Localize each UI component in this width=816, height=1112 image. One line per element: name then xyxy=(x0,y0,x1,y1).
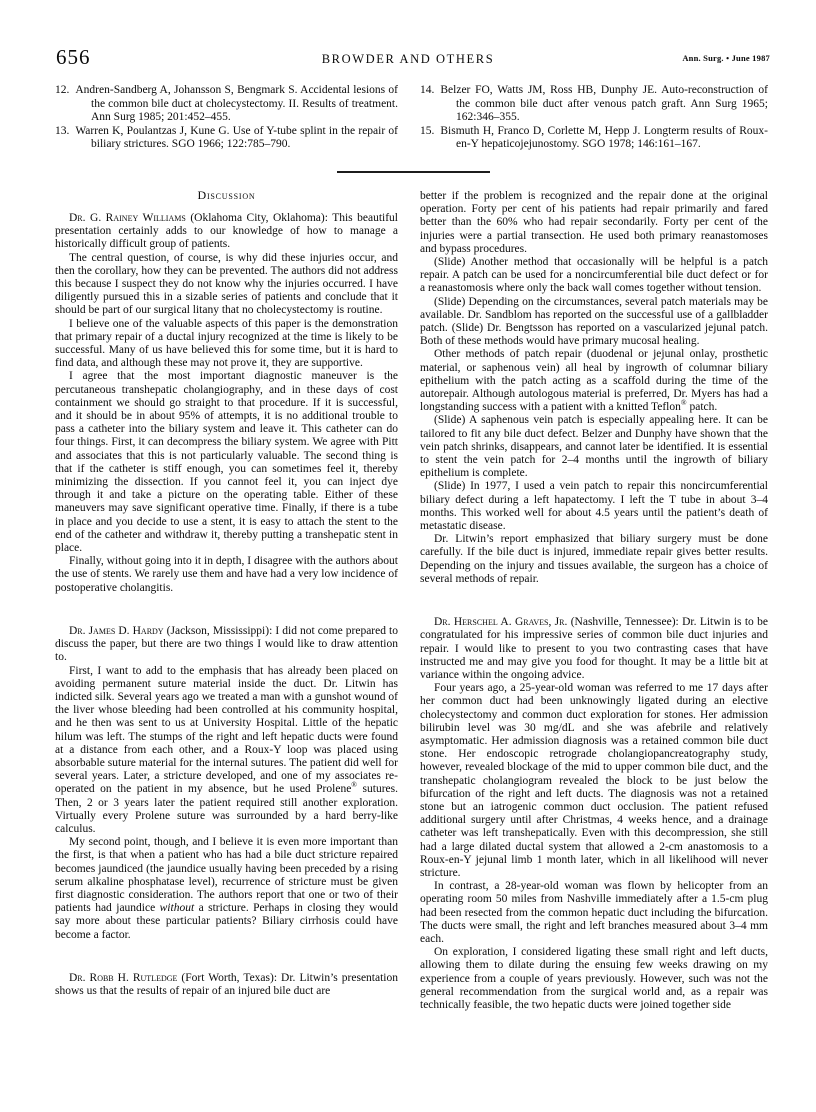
paragraph: First, I want to add to the emphasis tha… xyxy=(55,665,398,837)
text-segment: Four years ago, a 25-year-old woman was … xyxy=(420,682,768,879)
paragraph: In contrast, a 28-year-old woman was flo… xyxy=(420,880,768,946)
reference-list-right: 14.Belzer FO, Watts JM, Ross HB, Dunphy … xyxy=(420,84,768,152)
reference-list-left: 12.Andren-Sandberg A, Johansson S, Bengm… xyxy=(55,84,398,152)
reference-number: 15. xyxy=(420,125,440,137)
discussant-name: Dr. Herschel A. Graves, Jr. xyxy=(434,616,567,628)
journal-page: 656 BROWDER AND OTHERS Ann. Surg. • June… xyxy=(0,0,816,1112)
paragraph: The central question, of course, is why … xyxy=(55,252,398,318)
discussant-paragraph: Dr. Herschel A. Graves, Jr. (Nashville, … xyxy=(420,616,768,682)
paragraph: I agree that the most important diagnost… xyxy=(55,370,398,555)
paragraph: My second point, though, and I believe i… xyxy=(55,836,398,942)
discussion-column-right: better if the problem is recognized and … xyxy=(420,190,768,1012)
reference-item: 13.Warren K, Poulantzas J, Kune G. Use o… xyxy=(55,125,398,152)
paragraph: (Slide) In 1977, I used a vein patch to … xyxy=(420,480,768,533)
journal-citation: Ann. Surg. • June 1987 xyxy=(682,53,770,63)
text-segment: better if the problem is recognized and … xyxy=(420,190,768,255)
reference-number: 14. xyxy=(420,84,440,96)
paragraph: Other methods of patch repair (duodenal … xyxy=(420,348,768,414)
paragraph: Dr. Litwin’s report emphasized that bili… xyxy=(420,533,768,586)
discussion-right-paragraphs: better if the problem is recognized and … xyxy=(420,190,768,1012)
discussion-column-left: Discussion Dr. G. Rainey Williams (Oklah… xyxy=(55,188,398,998)
discussant-name: Dr. G. Rainey Williams xyxy=(69,212,186,224)
discussant-name: Dr. Robb H. Rutledge xyxy=(69,972,177,984)
reference-text: Warren K, Poulantzas J, Kune G. Use of Y… xyxy=(75,125,398,151)
text-segment: In contrast, a 28-year-old woman was flo… xyxy=(420,880,768,945)
reference-number: 13. xyxy=(55,125,75,137)
reference-number: 12. xyxy=(55,84,75,96)
discussant-paragraph: Dr. Robb H. Rutledge (Fort Worth, Texas)… xyxy=(55,972,398,998)
text-segment: (Slide) In 1977, I used a vein patch to … xyxy=(420,480,768,532)
text-segment: (Slide) Depending on the circumstances, … xyxy=(420,296,768,348)
reference-item: 12.Andren-Sandberg A, Johansson S, Bengm… xyxy=(55,84,398,125)
text-segment: Finally, without going into it in depth,… xyxy=(55,555,398,593)
reference-text: Belzer FO, Watts JM, Ross HB, Dunphy JE.… xyxy=(440,84,768,123)
text-segment: I agree that the most important diagnost… xyxy=(55,370,398,554)
reference-text: Andren-Sandberg A, Johansson S, Bengmark… xyxy=(75,84,398,123)
text-segment: I believe one of the valuable aspects of… xyxy=(55,318,398,370)
text-segment: without xyxy=(160,902,195,914)
discussant-paragraph: Dr. G. Rainey Williams (Oklahoma City, O… xyxy=(55,212,398,252)
discussion-left-paragraphs: Dr. G. Rainey Williams (Oklahoma City, O… xyxy=(55,212,398,998)
discussion-heading: Discussion xyxy=(55,188,398,203)
text-segment: patch. xyxy=(687,401,718,413)
paragraph: I believe one of the valuable aspects of… xyxy=(55,318,398,371)
reference-text: Bismuth H, Franco D, Corlette M, Hepp J.… xyxy=(440,125,768,151)
text-segment: Dr. Litwin’s report emphasized that bili… xyxy=(420,533,768,585)
text-segment: First, I want to add to the emphasis tha… xyxy=(55,665,398,796)
discussant-paragraph: Dr. James D. Hardy (Jackson, Mississippi… xyxy=(55,625,398,665)
paragraph: (Slide) Depending on the circumstances, … xyxy=(420,296,768,349)
section-divider-rule xyxy=(337,171,490,173)
paragraph: better if the problem is recognized and … xyxy=(420,190,768,256)
paragraph: Four years ago, a 25-year-old woman was … xyxy=(420,682,768,880)
reference-item: 14.Belzer FO, Watts JM, Ross HB, Dunphy … xyxy=(420,84,768,125)
reference-item: 15.Bismuth H, Franco D, Corlette M, Hepp… xyxy=(420,125,768,152)
paragraph: On exploration, I considered ligating th… xyxy=(420,946,768,1012)
paragraph: (Slide) A saphenous vein patch is especi… xyxy=(420,414,768,480)
text-segment: The central question, of course, is why … xyxy=(55,252,398,317)
paragraph: (Slide) Another method that occasionally… xyxy=(420,256,768,296)
paragraph: Finally, without going into it in depth,… xyxy=(55,555,398,595)
text-segment: (Slide) A saphenous vein patch is especi… xyxy=(420,414,768,479)
discussant-name: Dr. James D. Hardy xyxy=(69,625,164,637)
text-segment: On exploration, I considered ligating th… xyxy=(420,946,768,1011)
text-segment: (Slide) Another method that occasionally… xyxy=(420,256,768,294)
